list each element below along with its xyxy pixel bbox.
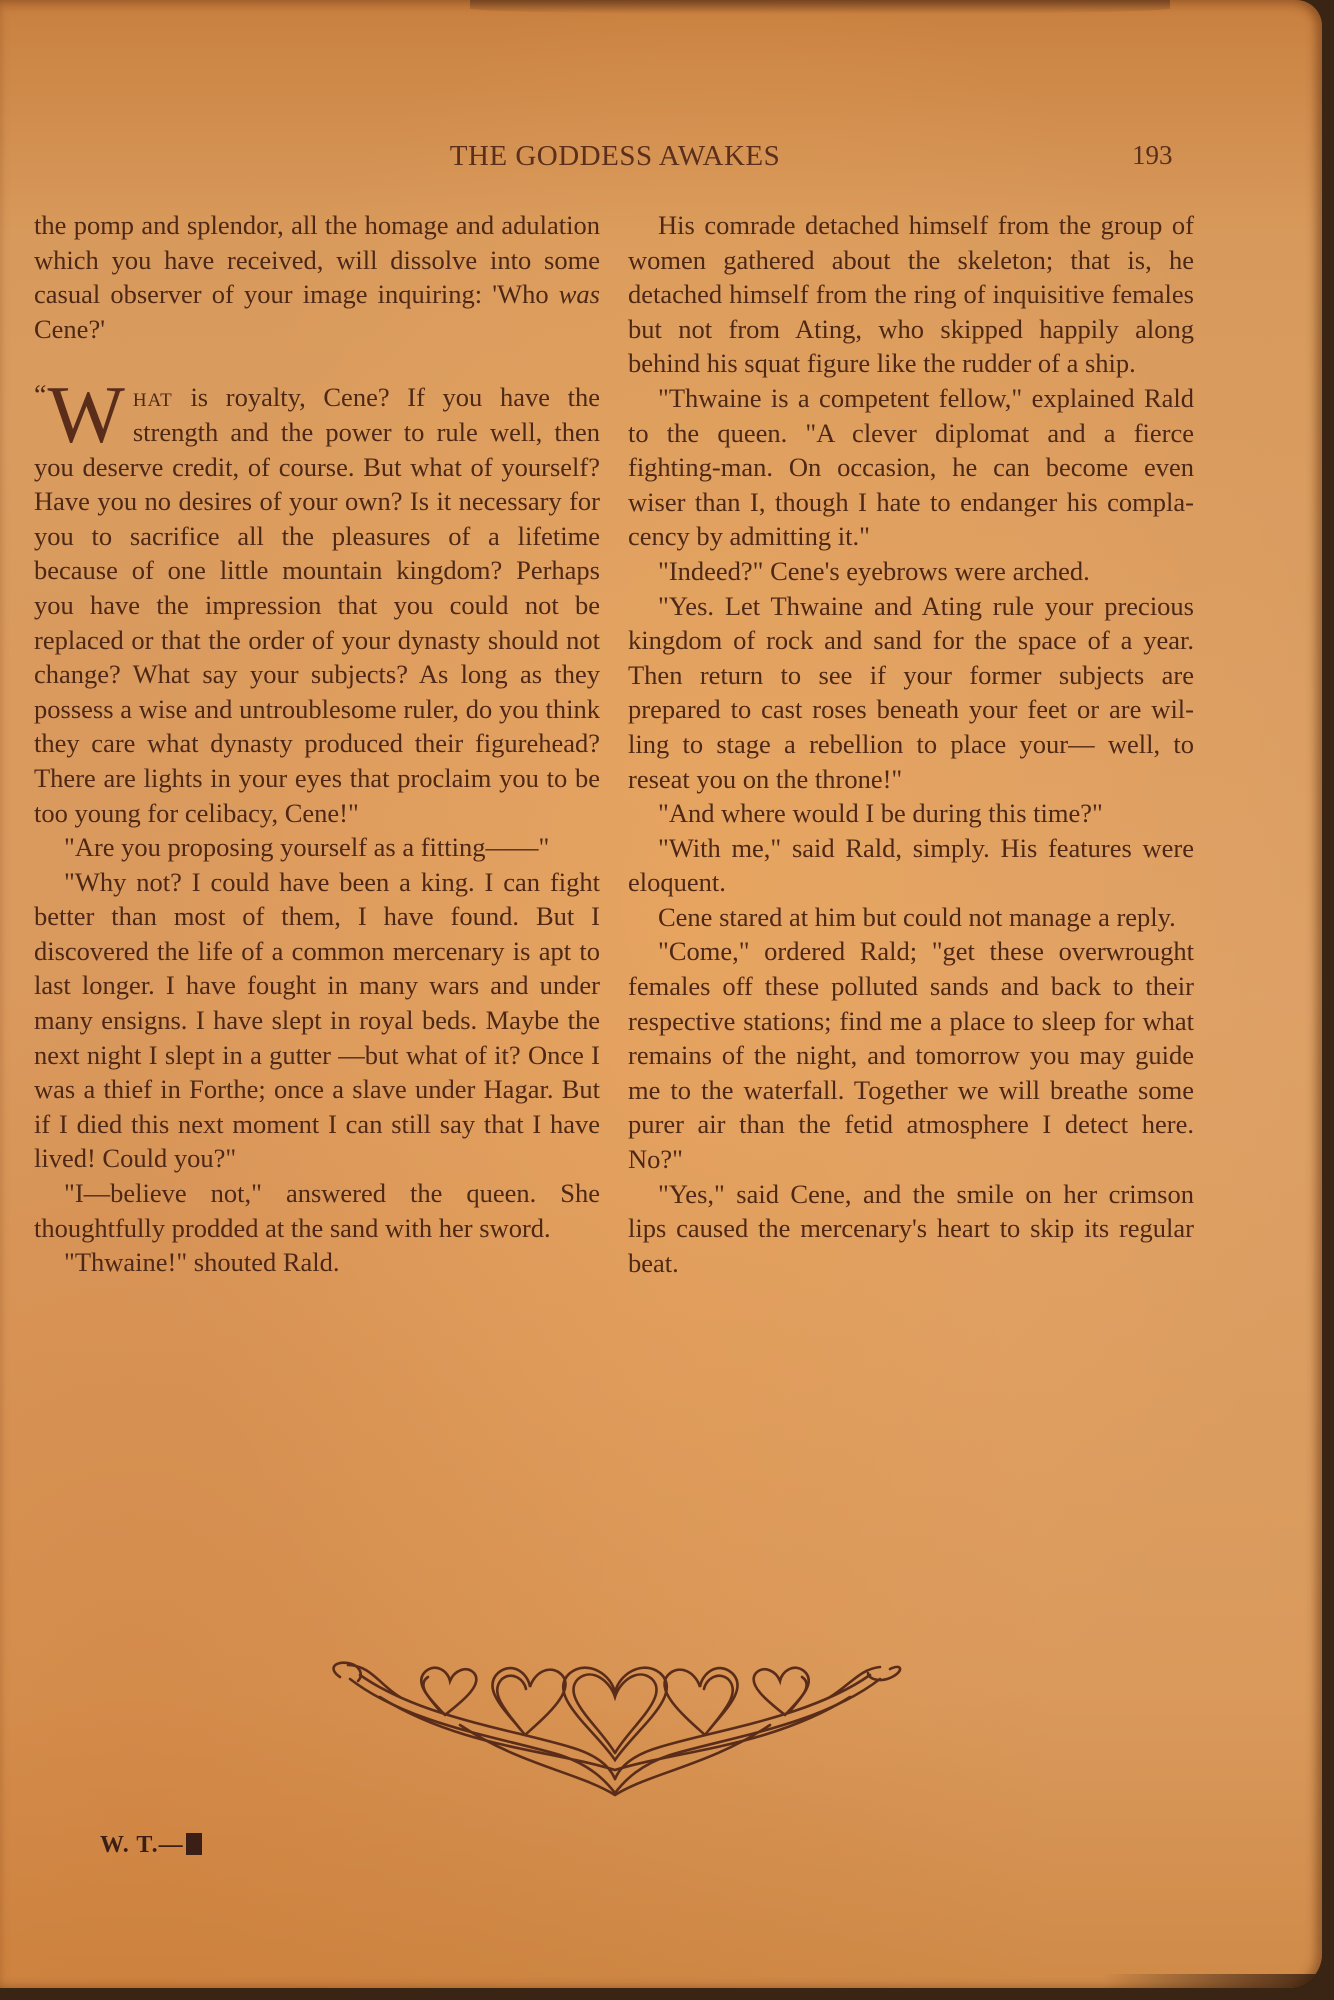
text-run: have the strength and the power to rule … [34, 382, 600, 827]
art-nouveau-ornament-icon [320, 1655, 910, 1805]
paragraph: "Indeed?" Cene's eyebrows were arched. [628, 554, 1194, 589]
running-title: THE GODDESS AWAKES [400, 140, 830, 173]
paragraph: "With me," said Rald, simply. His featur… [628, 831, 1194, 900]
paragraph: "I—believe not," answered the queen. She… [34, 1176, 600, 1245]
page-edge-stain [470, 0, 1170, 14]
paragraph: "And where would I be during this time?" [628, 796, 1194, 831]
text-run: is royalty, Cene? If you [173, 382, 500, 412]
right-column: His comrade detached himself from the gr… [628, 208, 1194, 1280]
paragraph-dropcap: “What is royalty, Cene? If you have the … [34, 380, 600, 830]
text-run: Cene?' [34, 314, 105, 344]
paragraph: "Are you proposing yourself as a fitting… [34, 830, 600, 865]
paragraph: "Yes. Let Thwaine and Ating rule your pr… [628, 589, 1194, 797]
italic-emphasis: was [559, 279, 600, 309]
smallcaps-lead: hat [133, 382, 173, 412]
paragraph: "Why not? I could have been a king. I ca… [34, 865, 600, 1176]
paragraph-continuation: the pomp and splendor, all the homage an… [34, 208, 600, 346]
paragraph: "Come," ordered Rald; "get these overwro… [628, 934, 1194, 1176]
paragraph: His comrade detached himself from the gr… [628, 208, 1194, 381]
magazine-page: THE GODDESS AWAKES 193 the pomp and sple… [0, 0, 1322, 1988]
page-corner-shadow [1102, 1974, 1322, 1988]
signature-mark: W. T.— [100, 1832, 202, 1859]
left-column: the pomp and splendor, all the homage an… [34, 208, 600, 1280]
paragraph: "Thwaine is a competent fellow," ex­plai… [628, 381, 1194, 554]
paragraph: Cene stared at him but could not man­age… [628, 900, 1194, 935]
text-run: the pomp and splendor, all the homage an… [34, 210, 600, 309]
signature-text: W. T.— [100, 1832, 184, 1858]
signature-block-glyph [186, 1833, 202, 1855]
paragraph: "Thwaine!" shouted Rald. [34, 1245, 600, 1280]
page-number: 193 [1132, 140, 1173, 171]
paragraph: "Yes," said Cene, and the smile on her c… [628, 1177, 1194, 1281]
dropcap-letter: W [47, 384, 124, 446]
running-head: THE GODDESS AWAKES 193 [0, 140, 1322, 180]
dropcap-open-quote: “ [34, 382, 46, 410]
